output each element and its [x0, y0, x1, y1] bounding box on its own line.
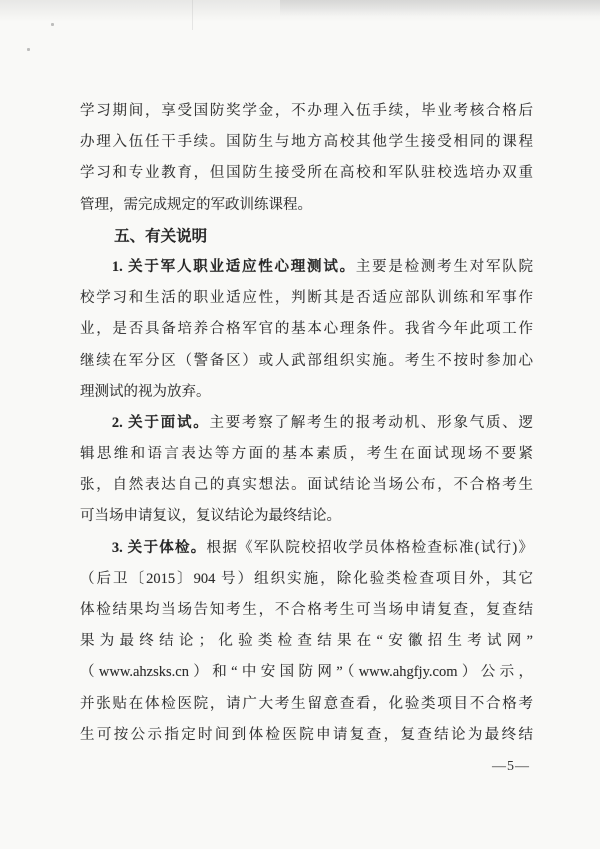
- scan-artifact-line: [192, 0, 193, 30]
- scan-speck: [27, 48, 30, 51]
- text-line: 校学习和生活的职业适应性，判断其是否适应部队训练和军事作: [80, 283, 533, 314]
- scan-edge-shadow-right: [280, 0, 600, 16]
- text-line: 并张贴在体检医院，请广大考生留意查看，化验类项目不合格考: [80, 689, 533, 720]
- text-line: 理测试的视为放弃。: [80, 377, 533, 408]
- page-number: —5—: [0, 758, 530, 776]
- text-line: 辑思维和语言表达等方面的基本素质，考生在面试现场不要紧: [80, 439, 533, 470]
- text-line: 2. 关于面试。主要考察了解考生的报考动机、形象气质、逻: [80, 408, 533, 439]
- document-body: 学习期间，享受国防奖学金，不办理入伍手续，毕业考核合格后办理入伍任干手续。国防生…: [80, 96, 533, 751]
- text-line: 体检结果均当场告知考生，不合格考生可当场申请复查，复查结: [80, 595, 533, 626]
- text-line: 可当场申请复议，复议结论为最终结论。: [80, 501, 533, 532]
- text-line: （后卫〔2015〕904 号）组织实施，除化验类检查项目外，其它: [80, 564, 533, 595]
- paragraph-lead: 2. 关于面试。: [112, 415, 210, 431]
- text-line: 张，自然表达自己的真实想法。面试结论当场公布，不合格考生: [80, 470, 533, 501]
- scan-edge-shadow: [0, 0, 600, 22]
- text-line: 学习和专业教育，但国防生接受所在高校和军队驻校选培办双重: [80, 158, 533, 189]
- text-line: 继续在军分区（警备区）或人武部组织实施。考生不按时参加心: [80, 346, 533, 377]
- text-line: （www.ahzsks.cn）和“中安国防网”（www.ahgfjy.com）公…: [80, 657, 533, 688]
- text-line: 业，是否具备培养合格军官的基本心理条件。我省今年此项工作: [80, 314, 533, 345]
- text-line: 1. 关于军人职业适应性心理测试。主要是检测考生对军队院: [80, 252, 533, 283]
- text-line: 办理入伍任干手续。国防生与地方高校其他学生接受相同的课程: [80, 127, 533, 158]
- text-line: 学习期间，享受国防奖学金，不办理入伍手续，毕业考核合格后: [80, 96, 533, 127]
- text-line: 果为最终结论；化验类检查结果在“安徽招生考试网”: [80, 626, 533, 657]
- text-line: 管理，需完成规定的军政训练课程。: [80, 190, 533, 221]
- text-line: 3. 关于体检。根据《军队院校招收学员体格检查标准(试行)》: [80, 533, 533, 564]
- section-heading: 五、有关说明: [80, 221, 533, 252]
- paragraph-lead: 1. 关于军人职业适应性心理测试。: [112, 259, 356, 275]
- text-line: 生可按公示指定时间到体检医院申请复查，复查结论为最终结: [80, 720, 533, 751]
- scan-speck: [51, 23, 54, 26]
- paragraph-lead: 3. 关于体检。: [112, 540, 207, 556]
